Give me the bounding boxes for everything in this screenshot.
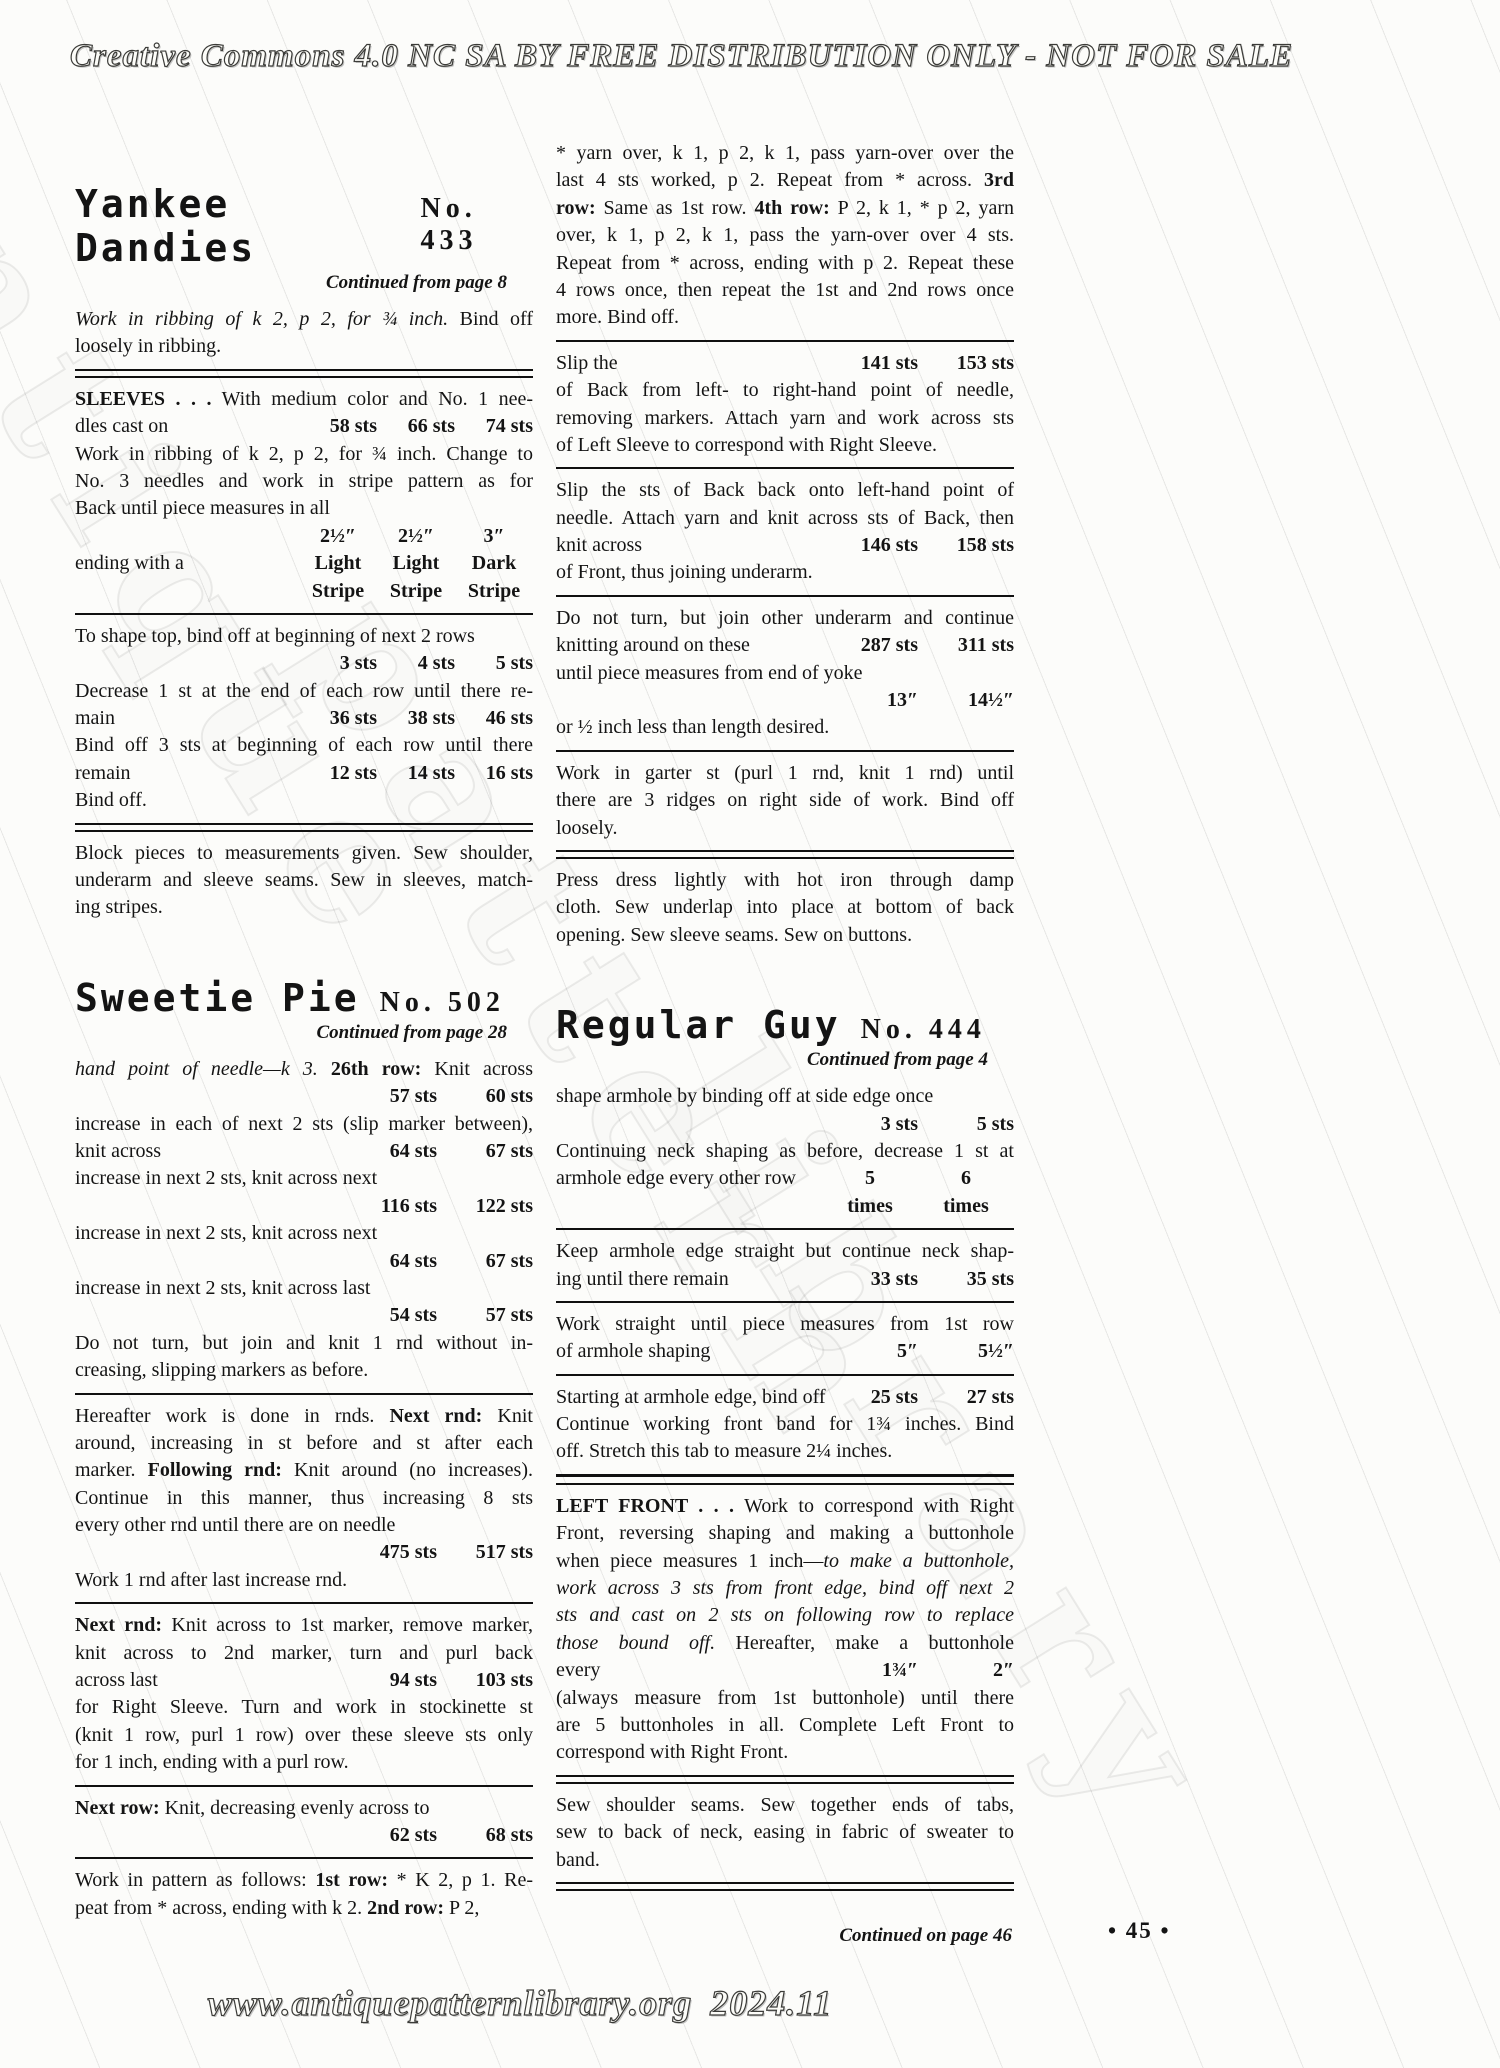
text-run: or ½ inch less than length desired.: [556, 716, 829, 738]
section-rule: [75, 1602, 533, 1604]
size-column-value: 64 sts: [341, 1138, 437, 1165]
text-line: correspond with Right Front.: [556, 1739, 1014, 1766]
section-rule: [556, 1474, 1014, 1485]
text-line: 2½″2½″3″: [75, 523, 533, 550]
size-column-value: 67 sts: [437, 1138, 533, 1165]
section-rule: [556, 1301, 1014, 1303]
size-column-value: 158 sts: [918, 532, 1014, 559]
size-columns: 475 sts517 sts: [341, 1539, 533, 1566]
text-line: Block pieces to measurements given. Sew …: [75, 840, 533, 867]
size-column-value: 68 sts: [437, 1822, 533, 1849]
text-run: Knit across: [421, 1058, 533, 1080]
text-line: or ½ inch less than length desired.: [556, 714, 1014, 741]
line-text: increase in next 2 sts, knit across next: [75, 1220, 533, 1247]
line-text: row: Same as 1st row. 4th row: P 2, k 1,…: [556, 195, 1014, 222]
text-run: shape armhole by binding off at side edg…: [556, 1085, 933, 1107]
text-line: Repeat from * across, ending with p 2. R…: [556, 250, 1014, 277]
size-columns: 287 sts311 sts: [822, 632, 1014, 659]
line-text: Bind off 3 sts at beginning of each row …: [75, 732, 533, 759]
size-column-value: Dark: [455, 550, 533, 577]
line-text: Sew shoulder seams. Sew together ends of…: [556, 1792, 1014, 1819]
text-line: of Back from left- to right-hand point o…: [556, 377, 1014, 404]
text-line: Continue working front band for 1¾ inche…: [556, 1411, 1014, 1438]
line-text: dles cast on: [75, 413, 299, 440]
size-column-value: 2″: [918, 1657, 1014, 1684]
text-line: LEFT FRONT . . . Work to correspond with…: [556, 1493, 1014, 1520]
line-text: armhole edge every other row: [556, 1165, 822, 1192]
text-run: Hereafter work is done in rnds.: [75, 1405, 389, 1427]
section-rule: [556, 1374, 1014, 1376]
size-column-value: 25 sts: [822, 1384, 918, 1411]
text-line: Keep armhole edge straight but continue …: [556, 1238, 1014, 1265]
line-text: work across 3 sts from front edge, bind …: [556, 1575, 1014, 1602]
text-line: No. 3 needles and work in stripe pattern…: [75, 468, 533, 495]
line-text: Next rnd: Knit across to 1st marker, rem…: [75, 1612, 533, 1639]
text-run: Do not turn, but join other underarm and…: [556, 607, 1014, 629]
text-run: remain: [75, 762, 131, 784]
line-text: increase in next 2 sts, knit across next: [75, 1165, 533, 1192]
text-run: when piece measures 1 inch—: [556, 1550, 823, 1572]
size-column-value: 16 sts: [455, 760, 533, 787]
size-column-value: 57 sts: [341, 1083, 437, 1110]
line-text: those bound off. Hereafter, make a butto…: [556, 1630, 1014, 1657]
continued-from-note: Continued from page 8: [75, 272, 533, 294]
line-text: Do not turn, but join and knit 1 rnd wit…: [75, 1330, 533, 1357]
text-run: are 5 buttonholes in all. Complete Left …: [556, 1714, 1014, 1736]
text-run: Hereafter, make a buttonhole: [715, 1632, 1014, 1654]
text-line: of Front, thus joining underarm.: [556, 559, 1014, 586]
text-line: Slip the141 sts153 sts: [556, 350, 1014, 377]
size-column-value: 146 sts: [822, 532, 918, 559]
text-run: to make a buttonhole,: [823, 1550, 1014, 1572]
size-column-value: 74 sts: [455, 413, 533, 440]
text-run: * yarn over, k 1, p 2, k 1, pass yarn-ov…: [556, 142, 1014, 164]
text-line: To shape top, bind off at beginning of n…: [75, 623, 533, 650]
size-column-value: 38 sts: [377, 705, 455, 732]
size-column-value: 27 sts: [918, 1384, 1014, 1411]
text-line: ending with aLightLightDark: [75, 550, 533, 577]
text-run: knit across: [75, 1140, 161, 1162]
line-text: remain: [75, 760, 299, 787]
text-line: dles cast on58 sts66 sts74 sts: [75, 413, 533, 440]
text-line: every other rnd until there are on needl…: [75, 1512, 533, 1539]
text-line: 475 sts517 sts: [75, 1539, 533, 1566]
text-line: more. Bind off.: [556, 304, 1014, 331]
text-line: of armhole shaping5″5½″: [556, 1338, 1014, 1365]
text-run: around, increasing in st before and st a…: [75, 1432, 533, 1454]
text-run: Keep armhole edge straight but continue …: [556, 1240, 1014, 1262]
line-text: Work 1 rnd after last increase rnd.: [75, 1567, 533, 1594]
size-columns: timestimes: [822, 1193, 1014, 1220]
line-text: increase in next 2 sts, knit across last: [75, 1275, 533, 1302]
text-line: 57 sts60 sts: [75, 1083, 533, 1110]
line-text: main: [75, 705, 299, 732]
text-run: increase in each of next 2 sts (slip mar…: [75, 1113, 533, 1135]
text-line: work across 3 sts from front edge, bind …: [556, 1575, 1014, 1602]
line-text: * yarn over, k 1, p 2, k 1, pass yarn-ov…: [556, 140, 1014, 167]
size-column-value: 36 sts: [299, 705, 377, 732]
text-run: every other rnd until there are on needl…: [75, 1514, 395, 1536]
text-run: for 1 inch, ending with a purl row.: [75, 1751, 349, 1773]
size-columns: 62 sts68 sts: [341, 1822, 533, 1849]
line-text: last 4 sts worked, p 2. Repeat from * ac…: [556, 167, 1014, 194]
size-column-value: 2½″: [299, 523, 377, 550]
text-run: of Front, thus joining underarm.: [556, 561, 813, 583]
text-line: StripeStripeStripe: [75, 578, 533, 605]
line-text: when piece measures 1 inch—to make a but…: [556, 1548, 1014, 1575]
page-number: • 45 •: [1108, 1918, 1171, 1944]
line-text: Repeat from * across, ending with p 2. R…: [556, 250, 1014, 277]
pattern-number: No. 433: [420, 193, 533, 257]
line-text: Work straight until piece measures from …: [556, 1311, 1014, 1338]
text-line: Work in pattern as follows: 1st row: * K…: [75, 1867, 533, 1894]
line-text: Front, reversing shaping and making a bu…: [556, 1520, 1014, 1547]
size-columns: 54 sts57 sts: [341, 1302, 533, 1329]
size-column-value: 4 sts: [377, 650, 455, 677]
text-line: 3 sts5 sts: [556, 1111, 1014, 1138]
size-column-value: 311 sts: [918, 632, 1014, 659]
line-text: (always measure from 1st buttonhole) unt…: [556, 1685, 1014, 1712]
size-columns: LightLightDark: [299, 550, 533, 577]
size-columns: 56: [822, 1165, 1014, 1192]
line-text: Continue in this manner, thus increasing…: [75, 1485, 533, 1512]
line-text: Work in pattern as follows: 1st row: * K…: [75, 1867, 533, 1894]
text-run: off. Stretch this tab to measure 2¼ inch…: [556, 1440, 892, 1462]
text-column-right: * yarn over, k 1, p 2, k 1, pass yarn-ov…: [556, 140, 1014, 1947]
text-run: Press dress lightly with hot iron throug…: [556, 869, 1014, 891]
text-line: over, k 1, p 2, k 1, pass the yarn-over …: [556, 222, 1014, 249]
size-column-value: Stripe: [455, 578, 533, 605]
text-run: Next row:: [75, 1797, 160, 1819]
line-text: Work in ribbing of k 2, p 2, for ¾ inch.…: [75, 441, 533, 468]
size-columns: 3 sts5 sts: [822, 1111, 1014, 1138]
line-text: Keep armhole edge straight but continue …: [556, 1238, 1014, 1265]
size-column-value: times: [918, 1193, 1014, 1220]
text-run: Same as 1st row.: [596, 197, 755, 219]
line-text: Slip the: [556, 350, 822, 377]
size-column-value: 287 sts: [822, 632, 918, 659]
text-run: 4th row:: [754, 197, 829, 219]
text-run: of Left Sleeve to correspond with Right …: [556, 434, 937, 456]
text-line: those bound off. Hereafter, make a butto…: [556, 1630, 1014, 1657]
line-text: of Left Sleeve to correspond with Right …: [556, 432, 1014, 459]
line-text: knit across to 2nd marker, turn and purl…: [75, 1640, 533, 1667]
line-text: To shape top, bind off at beginning of n…: [75, 623, 533, 650]
line-text: Press dress lightly with hot iron throug…: [556, 867, 1014, 894]
text-line: shape armhole by binding off at side edg…: [556, 1083, 1014, 1110]
text-run: Work to correspond with Right: [734, 1495, 1014, 1517]
text-run: underarm and sleeve seams. Sew in sleeve…: [75, 869, 533, 891]
text-run: (always measure from 1st buttonhole) unt…: [556, 1687, 1014, 1709]
size-column-value: 13″: [822, 687, 918, 714]
size-column-value: 46 sts: [455, 705, 533, 732]
section-rule: [556, 467, 1014, 469]
text-run: knit across: [556, 534, 642, 556]
line-text: (knit 1 row, purl 1 row) over these slee…: [75, 1722, 533, 1749]
text-run: Slip the sts of Back back onto left-hand…: [556, 479, 1014, 501]
line-text: correspond with Right Front.: [556, 1739, 1014, 1766]
text-line: (knit 1 row, purl 1 row) over these slee…: [75, 1722, 533, 1749]
line-text: of Back from left- to right-hand point o…: [556, 377, 1014, 404]
size-column-value: 141 sts: [822, 350, 918, 377]
text-run: loosely in ribbing.: [75, 335, 221, 357]
line-text: off. Stretch this tab to measure 2¼ inch…: [556, 1438, 1014, 1465]
text-line: Do not turn, but join and knit 1 rnd wit…: [75, 1330, 533, 1357]
size-column-value: 1¾″: [822, 1657, 918, 1684]
text-run: hand point of needle—k 3.: [75, 1058, 318, 1080]
line-text: Slip the sts of Back back onto left-hand…: [556, 477, 1014, 504]
line-text: every other rnd until there are on needl…: [75, 1512, 533, 1539]
heading-row: Regular GuyNo. 444: [556, 1003, 1014, 1047]
line-text: of armhole shaping: [556, 1338, 822, 1365]
line-text: are 5 buttonholes in all. Complete Left …: [556, 1712, 1014, 1739]
heading-row: Yankee DandiesNo. 433: [75, 182, 533, 270]
line-text: knitting around on these: [556, 632, 822, 659]
text-run: work across 3 sts from front edge, bind …: [556, 1577, 1014, 1599]
text-run: Following rnd:: [148, 1459, 282, 1481]
text-line: across last94 sts103 sts: [75, 1667, 533, 1694]
text-line: 64 sts67 sts: [75, 1248, 533, 1275]
text-line: Front, reversing shaping and making a bu…: [556, 1520, 1014, 1547]
text-line: Press dress lightly with hot iron throug…: [556, 867, 1014, 894]
text-run: Knit around (no increases).: [282, 1459, 533, 1481]
size-column-value: 57 sts: [437, 1302, 533, 1329]
size-column-value: 5″: [822, 1338, 918, 1365]
size-columns: 13″14½″: [822, 687, 1014, 714]
text-line: Bind off.: [75, 787, 533, 814]
text-line: 54 sts57 sts: [75, 1302, 533, 1329]
text-line: ing until there remain33 sts35 sts: [556, 1266, 1014, 1293]
section-rule: [75, 613, 533, 615]
text-line: sew to back of neck, easing in fabric of…: [556, 1819, 1014, 1846]
section-rule: [556, 750, 1014, 752]
text-line: knitting around on these287 sts311 sts: [556, 632, 1014, 659]
text-line: off. Stretch this tab to measure 2¼ inch…: [556, 1438, 1014, 1465]
text-run: ing stripes.: [75, 896, 163, 918]
line-text: knit across: [556, 532, 822, 559]
line-text: creasing, slipping markers as before.: [75, 1357, 533, 1384]
text-run: Continuing neck shaping as before, decre…: [556, 1140, 1014, 1162]
size-column-value: 5 sts: [455, 650, 533, 677]
line-text: peat from * across, ending with k 2. 2nd…: [75, 1895, 533, 1922]
text-run: increase in next 2 sts, knit across next: [75, 1167, 377, 1189]
text-line: last 4 sts worked, p 2. Repeat from * ac…: [556, 167, 1014, 194]
text-line: increase in next 2 sts, knit across next: [75, 1220, 533, 1247]
text-run: of Back from left- to right-hand point o…: [556, 379, 1014, 401]
text-run: band.: [556, 1849, 600, 1871]
text-run: there are 3 ridges on right side of work…: [556, 789, 1014, 811]
text-run: of armhole shaping: [556, 1340, 710, 1362]
line-text: No. 3 needles and work in stripe pattern…: [75, 468, 533, 495]
text-line: opening. Sew sleeve seams. Sew on button…: [556, 922, 1014, 949]
line-text: shape armhole by binding off at side edg…: [556, 1083, 1014, 1110]
continued-on-note: Continued on page 46: [556, 1925, 1014, 1947]
text-line: increase in next 2 sts, knit across last: [75, 1275, 533, 1302]
heading-row: Sweetie PieNo. 502: [75, 976, 533, 1020]
line-text: or ½ inch less than length desired.: [556, 714, 1014, 741]
size-column-value: 116 sts: [341, 1193, 437, 1220]
text-line: loosely in ribbing.: [75, 333, 533, 360]
text-run: removing markers. Attach yarn and work a…: [556, 407, 1014, 429]
text-line: Bind off 3 sts at beginning of each row …: [75, 732, 533, 759]
text-run: (knit 1 row, purl 1 row) over these slee…: [75, 1724, 533, 1746]
size-column-value: 5: [822, 1165, 918, 1192]
text-run: Continue in this manner, thus increasing…: [75, 1487, 533, 1509]
text-line: 62 sts68 sts: [75, 1822, 533, 1849]
text-run: To shape top, bind off at beginning of n…: [75, 625, 475, 647]
size-column-value: 14 sts: [377, 760, 455, 787]
text-run: Knit: [482, 1405, 533, 1427]
text-run: cloth. Sew underlap into place at bottom…: [556, 896, 1014, 918]
text-run: loosely.: [556, 817, 617, 839]
text-run: sts and cast on 2 sts on following row t…: [556, 1604, 1014, 1626]
archive-footer: www.antiquepatternlibrary.org 2024.11: [70, 1982, 970, 2024]
section-heading: Regular GuyNo. 444Continued from page 4: [556, 1003, 1014, 1071]
text-run: Work straight until piece measures from …: [556, 1313, 1014, 1335]
text-line: increase in each of next 2 sts (slip mar…: [75, 1111, 533, 1138]
size-column-value: 3″: [455, 523, 533, 550]
section-heading: Yankee DandiesNo. 433Continued from page…: [75, 182, 533, 294]
text-run: until piece measures from end of yoke: [556, 662, 863, 684]
text-run: Bind off 3 sts at beginning of each row …: [75, 734, 533, 756]
license-header: Creative Commons 4.0 NC SA BY FREE DISTR…: [70, 38, 1030, 75]
text-line: removing markers. Attach yarn and work a…: [556, 405, 1014, 432]
text-run: P 2,: [444, 1897, 479, 1919]
line-text: marker. Following rnd: Knit around (no i…: [75, 1457, 533, 1484]
size-columns: 5″5½″: [822, 1338, 1014, 1365]
text-run: sew to back of neck, easing in fabric of…: [556, 1821, 1014, 1843]
size-column-value: 62 sts: [341, 1822, 437, 1849]
line-text: sew to back of neck, easing in fabric of…: [556, 1819, 1014, 1846]
text-run: every: [556, 1659, 600, 1681]
text-run: for Right Sleeve. Turn and work in stock…: [75, 1696, 533, 1718]
size-column-value: 153 sts: [918, 350, 1014, 377]
line-text: sts and cast on 2 sts on following row t…: [556, 1602, 1014, 1629]
text-line: marker. Following rnd: Knit around (no i…: [75, 1457, 533, 1484]
size-column-value: 14½″: [918, 687, 1014, 714]
text-run: Do not turn, but join and knit 1 rnd wit…: [75, 1332, 533, 1354]
line-text: every: [556, 1657, 822, 1684]
size-column-value: 58 sts: [299, 413, 377, 440]
text-run: opening. Sew sleeve seams. Sew on button…: [556, 924, 912, 946]
line-text: for 1 inch, ending with a purl row.: [75, 1749, 533, 1776]
text-run: Starting at armhole edge, bind off: [556, 1386, 826, 1408]
size-columns: 116 sts122 sts: [341, 1193, 533, 1220]
size-column-value: 5 sts: [918, 1111, 1014, 1138]
text-line: Slip the sts of Back back onto left-hand…: [556, 477, 1014, 504]
text-line: underarm and sleeve seams. Sew in sleeve…: [75, 867, 533, 894]
text-line: knit across64 sts67 sts: [75, 1138, 533, 1165]
text-run: Back until piece measures in all: [75, 497, 330, 519]
text-run: correspond with Right Front.: [556, 1741, 788, 1763]
size-columns: 64 sts67 sts: [341, 1248, 533, 1275]
size-column-value: 3 sts: [299, 650, 377, 677]
size-columns: 25 sts27 sts: [822, 1384, 1014, 1411]
text-run: creasing, slipping markers as before.: [75, 1359, 368, 1381]
size-columns: 33 sts35 sts: [822, 1266, 1014, 1293]
section-rule: [75, 1785, 533, 1787]
pattern-title: Sweetie Pie: [75, 976, 360, 1020]
text-line: SLEEVES . . . With medium color and No. …: [75, 386, 533, 413]
text-line: 3 sts4 sts5 sts: [75, 650, 533, 677]
line-text: over, k 1, p 2, k 1, pass the yarn-over …: [556, 222, 1014, 249]
text-line: increase in next 2 sts, knit across next: [75, 1165, 533, 1192]
text-line: of Left Sleeve to correspond with Right …: [556, 432, 1014, 459]
text-run: main: [75, 707, 115, 729]
line-text: ing stripes.: [75, 894, 533, 921]
text-run: peat from * across, ending with k 2.: [75, 1897, 367, 1919]
section-rule: [556, 340, 1014, 342]
line-text: Back until piece measures in all: [75, 495, 533, 522]
scanned-pattern-page: { "page": { "header": "Creative Commons …: [0, 0, 1500, 2068]
section-rule: [75, 369, 533, 378]
text-line: around, increasing in st before and st a…: [75, 1430, 533, 1457]
size-column-value: 122 sts: [437, 1193, 533, 1220]
size-column-value: Light: [377, 550, 455, 577]
pattern-title: Yankee Dandies: [75, 182, 400, 270]
pattern-title: Regular Guy: [556, 1003, 841, 1047]
size-columns: 64 sts67 sts: [341, 1138, 533, 1165]
text-run: Front, reversing shaping and making a bu…: [556, 1522, 1014, 1544]
text-line: there are 3 ridges on right side of work…: [556, 787, 1014, 814]
continued-from-note: Continued from page 4: [556, 1049, 1014, 1071]
line-text: Next row: Knit, decreasing evenly across…: [75, 1795, 533, 1822]
text-run: Decrease 1 st at the end of each row unt…: [75, 680, 533, 702]
text-run: * K 2, p 1. Re-: [388, 1869, 533, 1891]
text-line: are 5 buttonholes in all. Complete Left …: [556, 1712, 1014, 1739]
text-run: 3rd: [984, 169, 1014, 191]
line-text: there are 3 ridges on right side of work…: [556, 787, 1014, 814]
text-line: band.: [556, 1847, 1014, 1874]
continued-from-note: Continued from page 28: [75, 1022, 533, 1044]
line-text: Continue working front band for 1¾ inche…: [556, 1411, 1014, 1438]
text-line: Work straight until piece measures from …: [556, 1311, 1014, 1338]
text-run: Sew shoulder seams. Sew together ends of…: [556, 1794, 1014, 1816]
text-line: Next rnd: Knit across to 1st marker, rem…: [75, 1612, 533, 1639]
text-line: creasing, slipping markers as before.: [75, 1357, 533, 1384]
text-line: Continuing neck shaping as before, decre…: [556, 1138, 1014, 1165]
text-run: Work in garter st (purl 1 rnd, knit 1 rn…: [556, 762, 1014, 784]
text-line: hand point of needle—k 3. 26th row: Knit…: [75, 1056, 533, 1083]
text-line: sts and cast on 2 sts on following row t…: [556, 1602, 1014, 1629]
section-rule: [556, 595, 1014, 597]
line-text: knit across: [75, 1138, 341, 1165]
size-columns: 57 sts60 sts: [341, 1083, 533, 1110]
text-line: Hereafter work is done in rnds. Next rnd…: [75, 1403, 533, 1430]
text-run: armhole edge every other row: [556, 1167, 796, 1189]
size-column-value: 475 sts: [341, 1539, 437, 1566]
line-text: Work in garter st (purl 1 rnd, knit 1 rn…: [556, 760, 1014, 787]
text-line: Continue in this manner, thus increasing…: [75, 1485, 533, 1512]
text-run: across last: [75, 1669, 158, 1691]
size-column-value: 5½″: [918, 1338, 1014, 1365]
text-run: increase in next 2 sts, knit across next: [75, 1222, 377, 1244]
text-line: main36 sts38 sts46 sts: [75, 705, 533, 732]
text-line: remain12 sts14 sts16 sts: [75, 760, 533, 787]
size-columns: 2½″2½″3″: [299, 523, 533, 550]
text-line: Next row: Knit, decreasing evenly across…: [75, 1795, 533, 1822]
text-line: peat from * across, ending with k 2. 2nd…: [75, 1895, 533, 1922]
text-line: knit across to 2nd marker, turn and purl…: [75, 1640, 533, 1667]
line-text: of Front, thus joining underarm.: [556, 559, 1014, 586]
text-run: marker.: [75, 1459, 148, 1481]
line-text: increase in each of next 2 sts (slip mar…: [75, 1111, 533, 1138]
size-column-value: times: [822, 1193, 918, 1220]
section-rule: [75, 1857, 533, 1859]
line-text: ending with a: [75, 550, 299, 577]
text-run: those bound off.: [556, 1632, 715, 1654]
text-run: Knit, decreasing evenly across to: [160, 1797, 430, 1819]
